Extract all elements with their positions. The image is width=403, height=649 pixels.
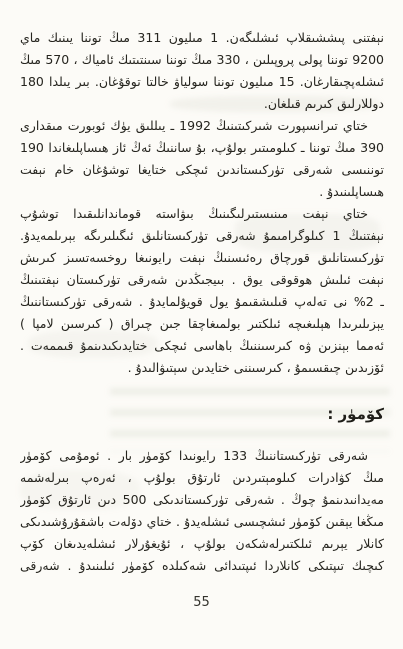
text-line: كانلار يېرىم ئىلكتىرلەشكەن بولۇپ ، ئۇيغۇ… (20, 533, 384, 555)
text-line: ئىشلەپچىقارغان. 15 مىليون توننا سولياۋ خ… (20, 71, 384, 93)
section-heading-coal: كۆمۈر : (20, 403, 384, 425)
paragraph-transport: ختاي تىرانسپورت شىركىتىنىڭ 1992 ـ يىللىق… (20, 115, 384, 203)
text-line: توننىسى شەرقى تۈركىستاندىن ئىچكى ختايغا … (20, 159, 384, 181)
text-line: مىڭغا يېقىن كۆمۈر ئىشچىسى ئىشلەيدۇ . ختا… (20, 511, 384, 533)
text-line: دوللارلىق كىرىم قىلغان. (20, 93, 384, 115)
text-line: نېفتنى پىششىقلاپ ئىشلىگەن. 1 مىليون 311 … (20, 27, 384, 49)
book-page: نېفتنى پىششىقلاپ ئىشلىگەن. 1 مىليون 311 … (0, 0, 403, 649)
text-line: نېفتنىڭ 1 كىلوگرامىمۇ شەرقى تۈركىستانلىق… (20, 225, 384, 247)
page-text: نېفتنى پىششىقلاپ ئىشلىگەن. 1 مىليون 311 … (20, 27, 384, 577)
text-line: 9200 توننا پولى پروپىلىن ، 330 مىڭ توننا… (20, 49, 384, 71)
text-line: مەيدانىدىنمۇ چوڭ . شەرقى تۈركىستاندىكى 5… (20, 489, 384, 511)
text-line: ختاي تىرانسپورت شىركىتىنىڭ 1992 ـ يىللىق… (20, 115, 384, 137)
text-line: نېفت ئىلىش ھوقوقى يوق . بىيجىڭدىن شەرقى … (20, 269, 384, 291)
paragraph-oil-products: نېفتنى پىششىقلاپ ئىشلىگەن. 1 مىليون 311 … (20, 27, 384, 115)
text-line: 390 مىڭ توننا ـ كىلومىتىر بولۇپ، بۇ سانن… (20, 137, 384, 159)
text-line: تۈركىستانلىق قورچاق رەئىسنىڭ نېفت رايونى… (20, 247, 384, 269)
text-line: ئەمما بېنزىن ۋە كىرسىننىڭ باھاسى ئىچكى خ… (20, 335, 384, 357)
paragraph-coal: شەرقى تۈركىستاننىڭ 133 رايونىدا كۆمۈر با… (20, 445, 384, 577)
paragraph-oil-control: ختاي نېفت مىنىستىرلىگىنىڭ بىۋاستە قوماند… (20, 203, 384, 379)
text-line: مىڭ كۋادرات كىلومېتىردىن ئارتۇق بولۇپ ، … (20, 467, 384, 489)
text-line: ـ 2% نى تەلەپ قىلىشقىمۇ يول قويۇلمايدۇ .… (20, 291, 384, 313)
text-line: ئۆزىدىن چىقسىمۇ ، كىرسىننى ختايدىن سېتىۋ… (20, 357, 384, 379)
text-line: كىچىك تىپتىكى كانلاردا ئىپتىدائى شەكىلدە… (20, 555, 384, 577)
text-line: ختاي نېفت مىنىستىرلىگىنىڭ بىۋاستە قوماند… (20, 203, 384, 225)
text-line: يېزىلىرىدا ھېلىغىچە ئىلكتىر بولمىغاچقا ج… (20, 313, 384, 335)
text-line: شەرقى تۈركىستاننىڭ 133 رايونىدا كۆمۈر با… (20, 445, 384, 467)
page-number: 55 (193, 595, 210, 610)
page-footer: 55 (0, 595, 403, 610)
text-line: ھىساپلىنىدۇ . (20, 181, 384, 203)
